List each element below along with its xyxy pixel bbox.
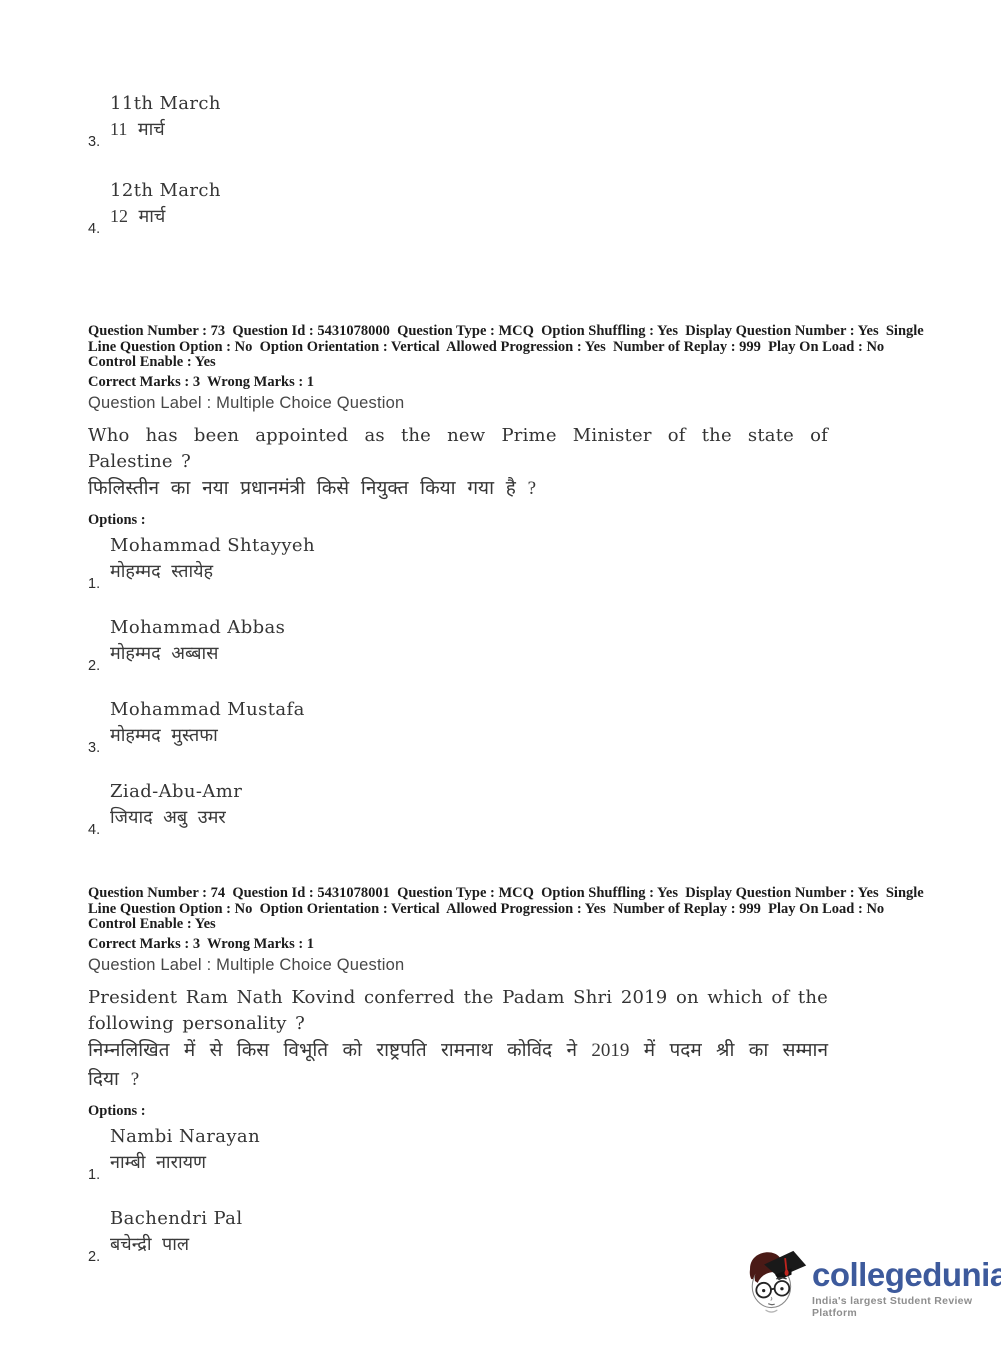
- option-text-hi: नाम्बी नारायण: [110, 1149, 260, 1176]
- logo-tagline: India's largest Student Review Platform: [812, 1295, 1001, 1319]
- option-texts: Mohammad Mustafa मोहम्मद मुस्तफा: [110, 698, 305, 749]
- option-number: 3.: [88, 134, 110, 150]
- option-text-en: Mohammad Abbas: [110, 616, 285, 640]
- option-text-hi: बचेन्द्री पाल: [110, 1231, 242, 1258]
- question-marks: Correct Marks : 3 Wrong Marks : 1: [88, 937, 1001, 953]
- question-text-en: Who has been appointed as the new Prime …: [88, 423, 828, 474]
- option-texts: 12th March 12 मार्च: [110, 179, 221, 230]
- question-label: Question Label : Multiple Choice Questio…: [88, 956, 1001, 974]
- question-marks: Correct Marks : 3 Wrong Marks : 1: [88, 375, 1001, 391]
- option-text-hi: मोहम्मद स्तायेह: [110, 558, 315, 585]
- graduate-boy-mascot-icon: [744, 1246, 808, 1316]
- option-text-en: Bachendri Pal: [110, 1207, 242, 1231]
- question-label: Question Label : Multiple Choice Questio…: [88, 394, 1001, 412]
- options-heading: Options :: [88, 1104, 1001, 1119]
- spacer: [88, 266, 1001, 324]
- question-metadata: Question Number : 73 Question Id : 54310…: [88, 324, 930, 371]
- option-texts: Mohammad Abbas मोहम्मद अब्बास: [110, 616, 285, 667]
- option-number: 4.: [88, 822, 110, 838]
- option-text-en: Nambi Narayan: [110, 1125, 260, 1149]
- collegedunia-logo: collegedunia com India's largest Student…: [744, 1246, 1001, 1319]
- options-heading: Options :: [88, 513, 1001, 528]
- option-text-en: Mohammad Mustafa: [110, 698, 305, 722]
- option-number: 1.: [88, 1167, 110, 1183]
- spacer: [88, 862, 1001, 886]
- option-text-hi: जियाद अबु उमर: [110, 804, 242, 831]
- option-row: 1. Mohammad Shtayyeh मोहम्मद स्तायेह: [88, 534, 1001, 585]
- option-texts: Bachendri Pal बचेन्द्री पाल: [110, 1207, 242, 1258]
- option-texts: Mohammad Shtayyeh मोहम्मद स्तायेह: [110, 534, 315, 585]
- option-texts: Ziad-Abu-Amr जियाद अबु उमर: [110, 780, 242, 831]
- option-text-en: 12th March: [110, 179, 221, 203]
- option-text-hi: 11 मार्च: [110, 116, 221, 143]
- option-text-hi: 12 मार्च: [110, 203, 221, 230]
- logo-name-row: collegedunia com: [812, 1258, 1001, 1291]
- logo-wordmark: collegedunia: [812, 1258, 1001, 1291]
- option-number: 1.: [88, 576, 110, 592]
- question-text-hi: फिलिस्तीन का नया प्रधानमंत्री किसे नियुक…: [88, 474, 828, 503]
- option-text-hi: मोहम्मद मुस्तफा: [110, 722, 305, 749]
- option-row: 4. 12th March 12 मार्च: [88, 179, 1001, 230]
- option-row: 1. Nambi Narayan नाम्बी नारायण: [88, 1125, 1001, 1176]
- option-number: 4.: [88, 221, 110, 237]
- option-row: 3. Mohammad Mustafa मोहम्मद मुस्तफा: [88, 698, 1001, 749]
- question-block-74: Question Number : 74 Question Id : 54310…: [88, 886, 1001, 1258]
- option-text-en: 11th March: [110, 92, 221, 116]
- option-number: 3.: [88, 740, 110, 756]
- scanned-question-paper-page: 3. 11th March 11 मार्च 4. 12th March 12 …: [0, 0, 1001, 1356]
- question-metadata: Question Number : 74 Question Id : 54310…: [88, 886, 930, 933]
- option-text-en: Ziad-Abu-Amr: [110, 780, 242, 804]
- carryover-options-section: 3. 11th March 11 मार्च 4. 12th March 12 …: [88, 92, 1001, 230]
- option-row: 3. 11th March 11 मार्च: [88, 92, 1001, 143]
- question-block-73: Question Number : 73 Question Id : 54310…: [88, 324, 1001, 831]
- option-text-hi: मोहम्मद अब्बास: [110, 640, 285, 667]
- option-text-en: Mohammad Shtayyeh: [110, 534, 315, 558]
- option-number: 2.: [88, 1249, 110, 1265]
- option-texts: 11th March 11 मार्च: [110, 92, 221, 143]
- option-row: 4. Ziad-Abu-Amr जियाद अबु उमर: [88, 780, 1001, 831]
- logo-text-group: collegedunia com India's largest Student…: [812, 1246, 1001, 1319]
- option-row: 2. Mohammad Abbas मोहम्मद अब्बास: [88, 616, 1001, 667]
- option-number: 2.: [88, 658, 110, 674]
- question-text-en: President Ram Nath Kovind conferred the …: [88, 985, 828, 1036]
- question-text-hi: निम्नलिखित में से किस विभूति को राष्ट्रप…: [88, 1036, 828, 1094]
- option-texts: Nambi Narayan नाम्बी नारायण: [110, 1125, 260, 1176]
